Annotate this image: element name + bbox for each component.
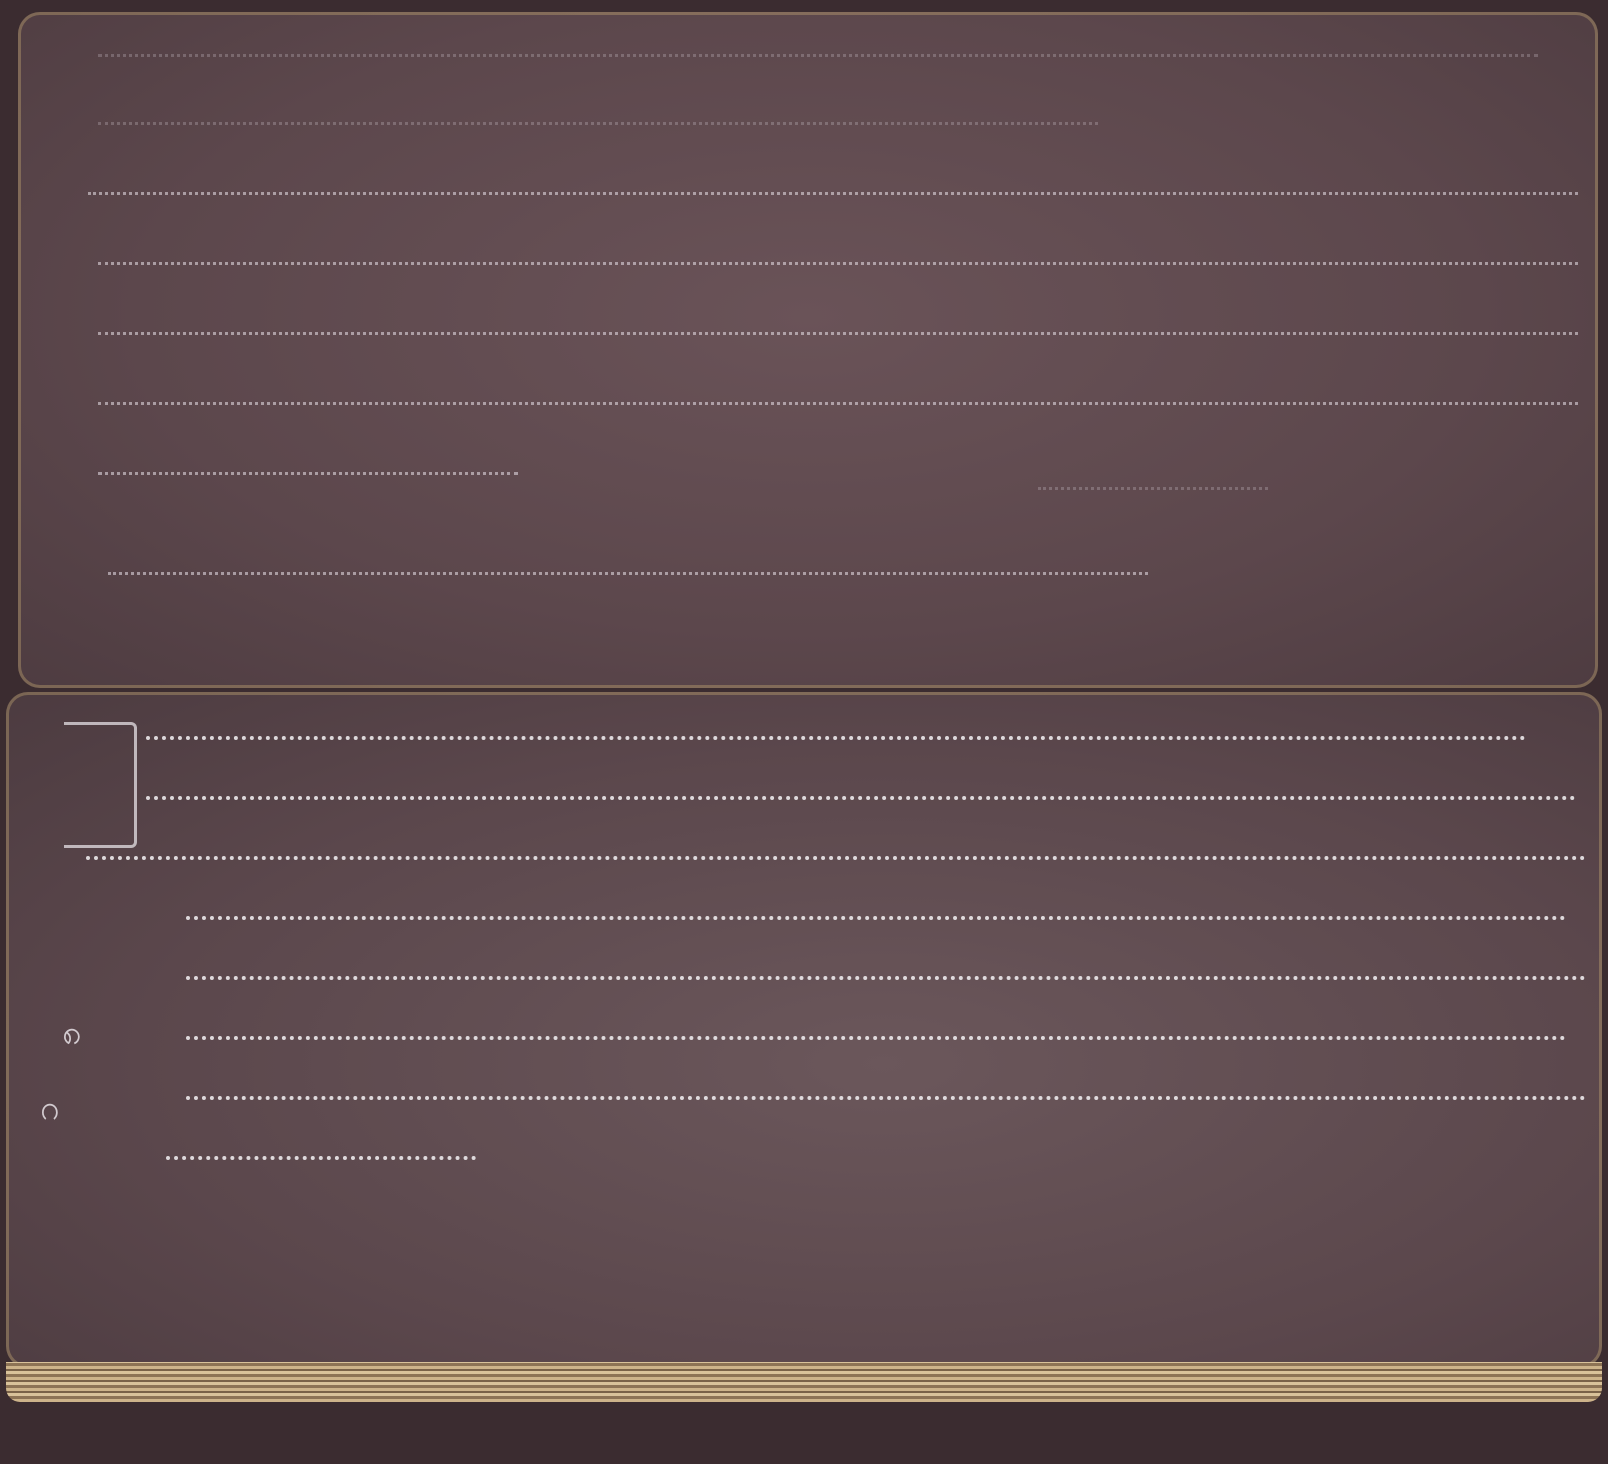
script-line	[146, 796, 1576, 800]
script-line	[1038, 487, 1268, 490]
script-line	[98, 332, 1578, 335]
script-line	[88, 192, 1578, 195]
page-stack-edge	[6, 1362, 1602, 1402]
script-line	[98, 122, 1098, 125]
script-line	[98, 262, 1578, 265]
script-line	[98, 54, 1538, 57]
script-line	[108, 572, 1148, 575]
script-line	[186, 1036, 1566, 1040]
script-line	[86, 856, 1586, 860]
script-line	[98, 472, 518, 475]
margin-annotation-box	[64, 722, 137, 848]
script-line	[166, 1156, 476, 1160]
manuscript-bottom-page	[6, 692, 1602, 1368]
script-line	[98, 402, 1578, 405]
script-line	[186, 976, 1586, 980]
script-line	[146, 736, 1526, 740]
script-line	[186, 916, 1566, 920]
margin-numeral: ၈	[62, 1010, 81, 1061]
script-line	[186, 1096, 1586, 1100]
margin-numeral: ဂ	[40, 1085, 59, 1136]
manuscript-top-page	[18, 12, 1598, 688]
